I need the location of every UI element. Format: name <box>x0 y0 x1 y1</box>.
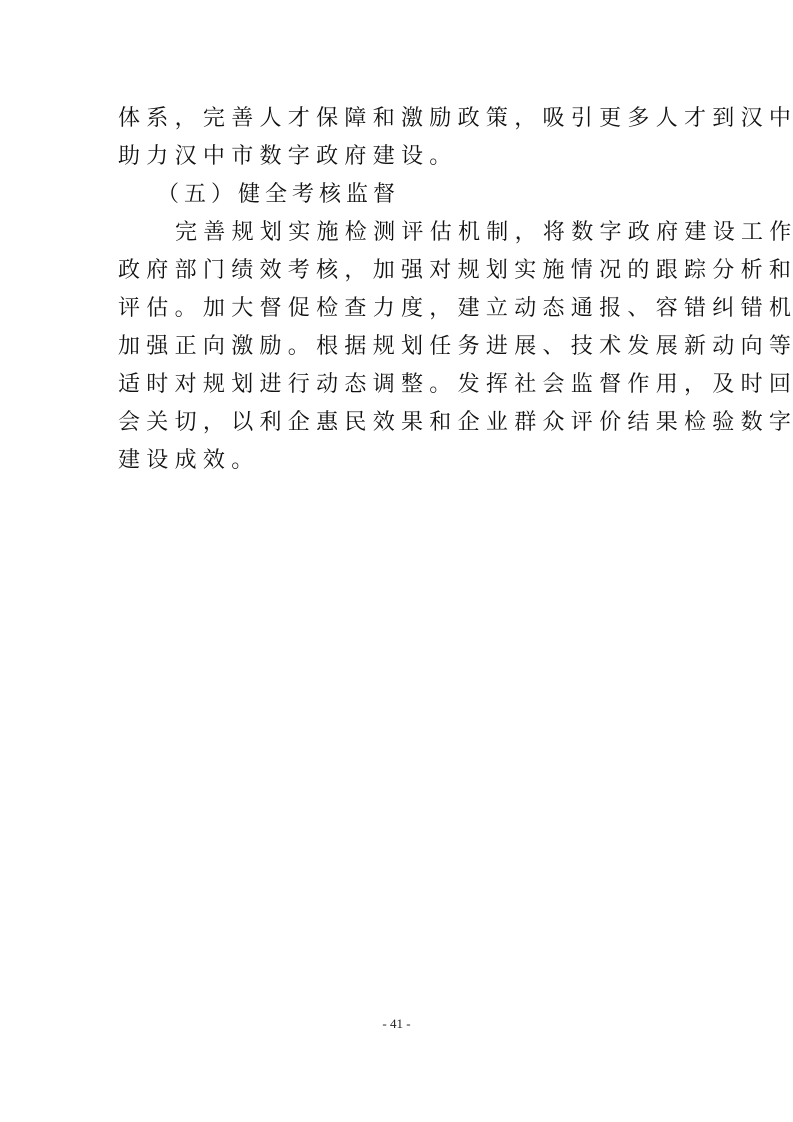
document-page: 体系，完善人才保障和激励政策，吸引更多人才到汉中发展， 助力汉中市数字政府建设。… <box>0 0 793 1122</box>
text-line: 建设成效。 <box>118 442 698 480</box>
text-line: 体系，完善人才保障和激励政策，吸引更多人才到汉中发展， <box>118 100 698 138</box>
text-line: 适时对规划进行动态调整。发挥社会监督作用，及时回应社 <box>118 366 698 404</box>
body-text: 体系，完善人才保障和激励政策，吸引更多人才到汉中发展， 助力汉中市数字政府建设。… <box>118 100 698 480</box>
text-line: 完善规划实施检测评估机制，将数字政府建设工作纳入 <box>118 214 698 252</box>
section-heading: （五）健全考核监督 <box>118 176 698 214</box>
page-number: - 41 - <box>0 1016 793 1032</box>
text-line: 会关切，以利企惠民效果和企业群众评价结果检验数字政府 <box>118 404 698 442</box>
text-line: 评估。加大督促检查力度，建立动态通报、容错纠错机制， <box>118 290 698 328</box>
text-line: 政府部门绩效考核，加强对规划实施情况的跟踪分析和考核 <box>118 252 698 290</box>
text-line: 加强正向激励。根据规划任务进展、技术发展新动向等情况， <box>118 328 698 366</box>
text-line: 助力汉中市数字政府建设。 <box>118 138 698 176</box>
